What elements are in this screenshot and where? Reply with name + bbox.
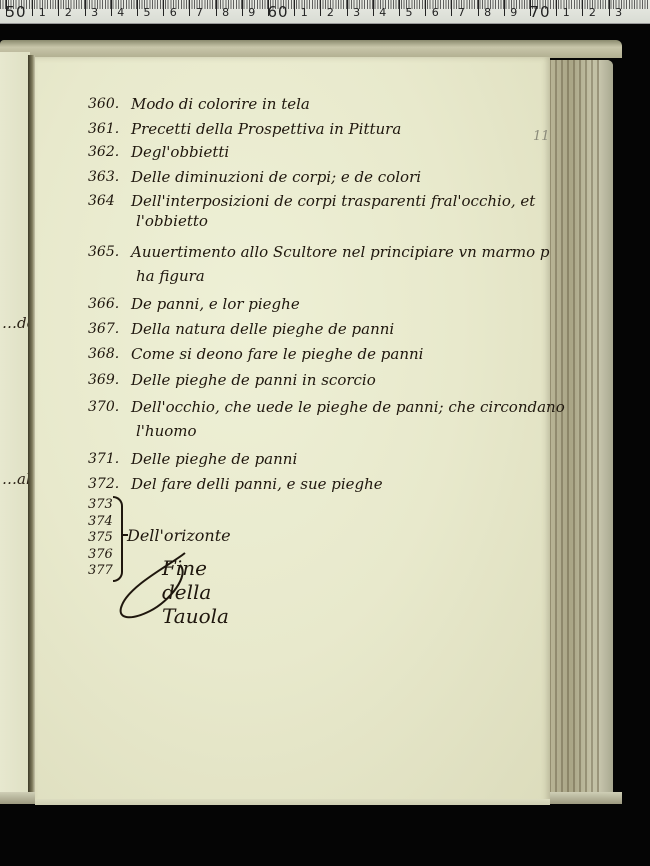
entry-number: 370. [88, 400, 128, 414]
ruler-label: 1 [39, 6, 46, 19]
entry-number: 362. [88, 145, 128, 159]
ruler-major-tick [111, 0, 112, 16]
ruler-label: 2 [327, 6, 334, 19]
ruler-label: 3 [615, 6, 622, 19]
entry-number: 366. [88, 297, 128, 311]
book-top-edge [0, 40, 622, 58]
ruler-major-tick [373, 0, 374, 16]
ruler-label: 7 [196, 6, 203, 19]
entry-title: Delle pieghe de panni [131, 452, 297, 467]
entry-number: 372. [88, 477, 128, 491]
entry-title: Dell'interposizioni de corpi trasparenti… [131, 194, 535, 209]
ruler-major-tick [294, 0, 295, 16]
ruler-major-tick [189, 0, 190, 16]
ruler-label: 6 [170, 6, 177, 19]
ruler-label: 6 [432, 6, 439, 19]
ruler-major-tick [137, 0, 138, 16]
entry-title: Auuertimento allo Scultore nel principia… [131, 245, 550, 260]
ruler-label: 8 [222, 6, 229, 19]
ruler-major-tick [347, 0, 348, 16]
ruler-major-tick [556, 0, 557, 16]
ruler-label: 2 [65, 6, 72, 19]
entry-title-continued: l'obbietto [136, 214, 208, 229]
ruler-major-tick [85, 0, 86, 16]
entry-number: 368. [88, 347, 128, 361]
ruler-major-tick [58, 0, 59, 16]
ruler-label: 8 [484, 6, 491, 19]
entry-title-continued: ha figura [136, 269, 205, 284]
entry-title: Delle diminuzioni de corpi; e de colori [131, 170, 421, 185]
ruler-label: 5 [144, 6, 151, 19]
folio-number: 11 [533, 129, 550, 144]
entry-title: Del fare delli panni, e sue pieghe [131, 477, 383, 492]
closing-text: Fine della Tauola [162, 556, 229, 628]
ruler-label: 60 [267, 3, 288, 21]
ruler-label: 5 [406, 6, 413, 19]
entry-number: 365. [88, 245, 128, 259]
entry-number: 374 [88, 514, 113, 531]
ruler-major-tick [399, 0, 400, 16]
entry-number: 363. [88, 170, 128, 184]
ruler-label: 1 [563, 6, 570, 19]
entry-title: Precetti della Prospettiva in Pittura [131, 122, 401, 137]
ruler-label: 9 [248, 6, 255, 19]
ruler-label: 9 [510, 6, 517, 19]
ruler-major-tick [504, 0, 505, 16]
ruler-major-tick [425, 0, 426, 16]
ruler-major-tick [609, 0, 610, 16]
ruler-label: 50 [5, 3, 26, 21]
ruler-label: 4 [117, 6, 124, 19]
ruler-major-tick [582, 0, 583, 16]
ruler-major-tick [478, 0, 479, 16]
ruler-major-tick [32, 0, 33, 16]
ruler-major-tick [320, 0, 321, 16]
entry-number: 367. [88, 322, 128, 336]
entry-number: 361. [88, 122, 128, 136]
ruler-major-tick [163, 0, 164, 16]
entry-number: 371. [88, 452, 128, 466]
entry-title: Degl'obbietti [131, 145, 229, 160]
ruler-major-tick [242, 0, 243, 16]
entry-number: 369. [88, 373, 128, 387]
entry-title: Modo di colorire in tela [131, 97, 310, 112]
ruler-label: 4 [379, 6, 386, 19]
ruler-label: 1 [301, 6, 308, 19]
entry-number: 360. [88, 97, 128, 111]
measurement-ruler: 501234567896012345678970123 [0, 0, 650, 24]
ruler-major-tick [451, 0, 452, 16]
book-fore-edge [543, 60, 613, 800]
ruler-label: 3 [353, 6, 360, 19]
ruler-label: 7 [458, 6, 465, 19]
entry-number: 373 [88, 497, 113, 514]
entry-title: Dell'occhio, che uede le pieghe de panni… [131, 400, 565, 415]
grouped-entry-title: Dell'orizonte [127, 526, 231, 545]
entry-title-continued: l'huomo [136, 424, 197, 439]
entry-number: 364 [88, 194, 128, 208]
entry-title: Delle pieghe de panni in scorcio [131, 373, 376, 388]
ruler-label: 70 [529, 3, 550, 21]
ruler-label: 2 [589, 6, 596, 19]
left-page [0, 52, 30, 792]
entry-title: Come si deono fare le pieghe de panni [131, 347, 423, 362]
entry-title: Della natura delle pieghe de panni [131, 322, 394, 337]
ruler-major-tick [216, 0, 217, 16]
entry-title: De panni, e lor pieghe [131, 297, 300, 312]
book-gutter [28, 55, 35, 793]
ruler-label: 3 [91, 6, 98, 19]
